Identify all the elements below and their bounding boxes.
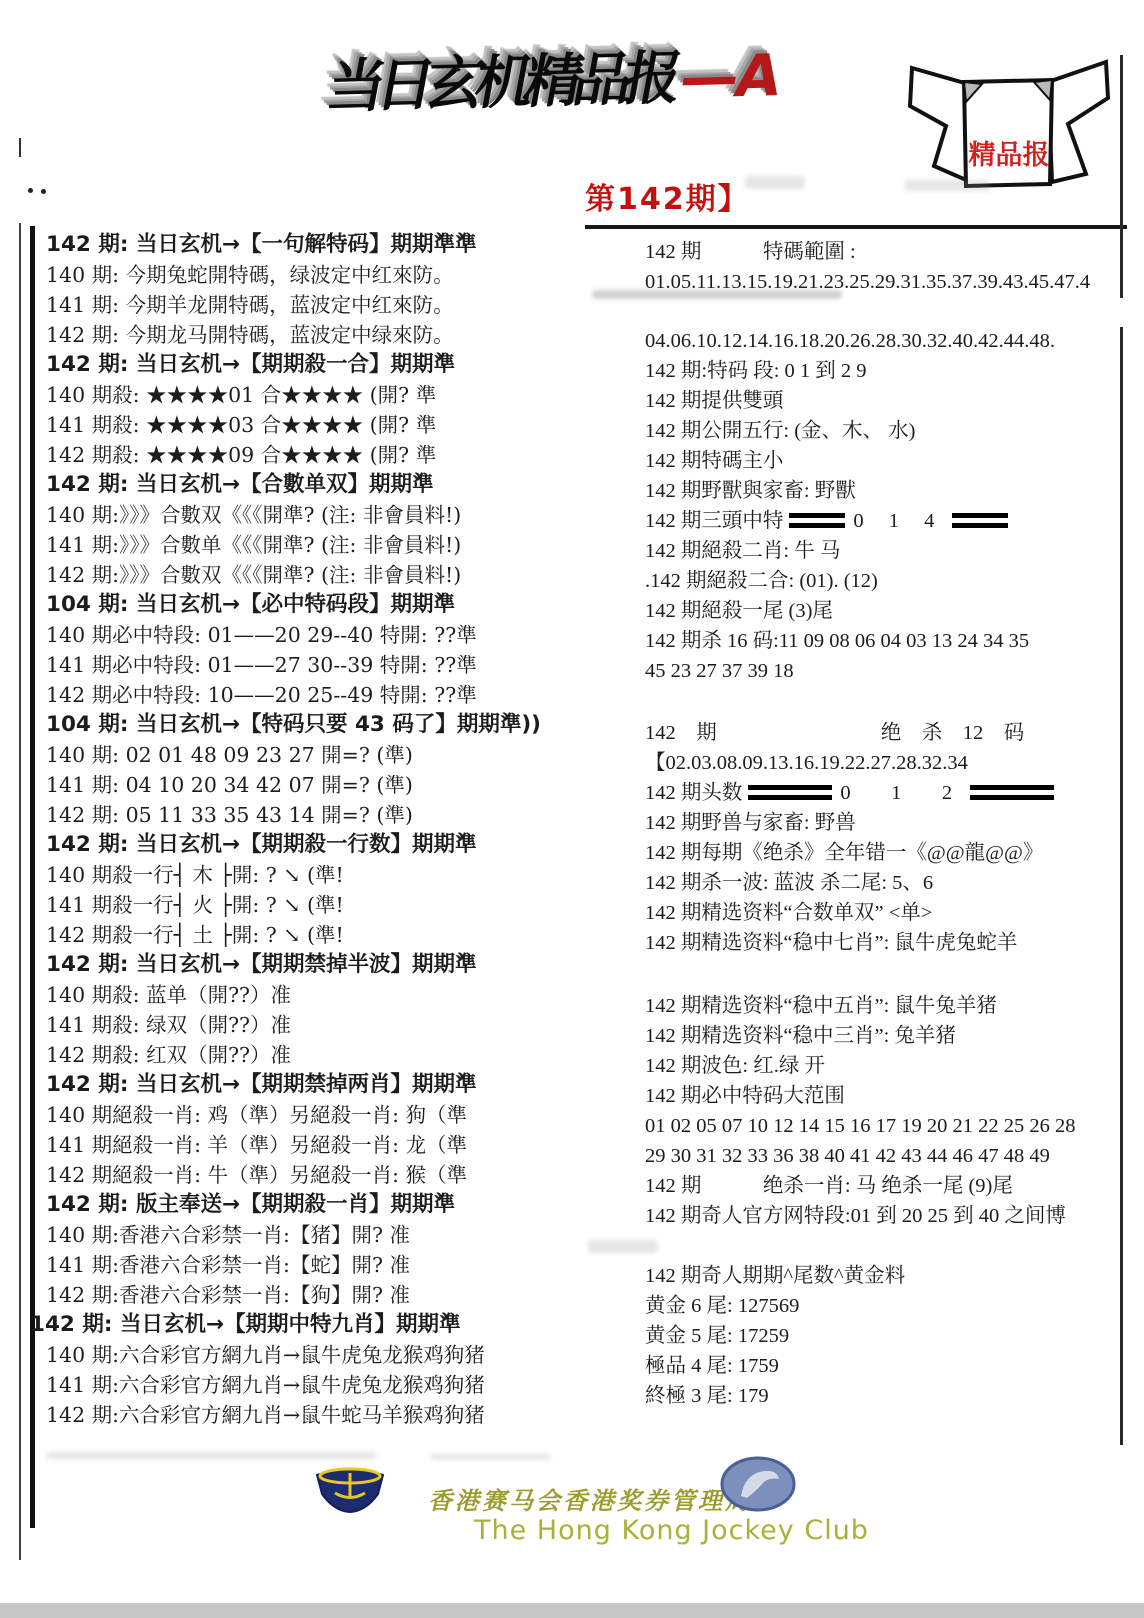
report-line: 142 期精选资料“稳中七肖”: 鼠牛虎兔蛇羊 [645, 928, 1127, 958]
ink-smudge [46, 1452, 376, 1459]
ribbon-left-wing [910, 68, 968, 180]
right-column: 142 期 特碼範圍 :01.05.11.13.15.19.21.23.25.2… [645, 237, 1127, 1411]
top-rule [585, 225, 1127, 229]
issue-label: 第142期】 [585, 174, 750, 218]
report-title-suffix: —A [674, 41, 784, 112]
report-line: 142 期殺: ★★★★09 合★★★★ (開? 準 [46, 440, 586, 470]
ink-smudge [430, 1454, 550, 1460]
report-line: 140 期:》》》合數双《《《開準? (注: 非會員料!) [46, 500, 586, 530]
report-line: 141 期殺: 绿双（開??）准 [46, 1010, 586, 1040]
report-line: 140 期必中特段: 01——20 29--40 特開: ??準 [46, 620, 586, 650]
organization-name-english: The Hong Kong Jockey Club [474, 1515, 869, 1546]
report-line: .142 期絕殺二合: (01). (12) [645, 566, 1127, 596]
report-line: 142 期头数0 1 2 [645, 778, 1127, 808]
report-line: 142 期 绝杀一肖: 马 绝杀一尾 (9)尾 [645, 1171, 1127, 1201]
report-line: 141 期殺: ★★★★03 合★★★★ (開? 準 [46, 410, 586, 440]
report-line: 142 期特碼主小 [645, 446, 1127, 476]
report-line: 142 期精选资料“稳中三肖”: 兔羊猪 [645, 1021, 1127, 1051]
report-line: 142 期: 当日玄机→【期期禁掉两肖】期期準 [46, 1070, 586, 1100]
report-line: 142 期奇人期期^尾数^黄金料 [645, 1261, 1127, 1291]
report-line: 142 期波色: 红.绿 开 [645, 1051, 1127, 1081]
report-line: 141 期:》》》合數单《《《開準? (注: 非會員料!) [46, 530, 586, 560]
double-bar-mark [952, 513, 1008, 528]
double-bar-mark [748, 785, 832, 800]
report-line: 142 期: 当日玄机→【合數单双】期期準 [46, 470, 586, 500]
report-line: 142 期 绝 杀 12 码 [645, 718, 1127, 748]
report-line: 141 期:香港六合彩禁一肖:【蛇】開? 准 [46, 1250, 586, 1280]
report-line: 黄金 5 尾: 17259 [645, 1321, 1127, 1351]
report-line: 142 期: 当日玄机→【期期殺一合】期期準 [46, 350, 586, 380]
report-line: 141 期殺一行┤ 火 ├開: ? ↘ (準! [46, 890, 586, 920]
report-line: 142 期必中特段: 10——20 25--49 特開: ??準 [46, 680, 586, 710]
report-line: 140 期殺: ★★★★01 合★★★★ (開? 準 [46, 380, 586, 410]
report-title: 当日玄机精品报—A [321, 28, 787, 124]
report-line: 142 期杀一波: 蓝波 杀二尾: 5、6 [645, 868, 1127, 898]
report-line: 142 期精选资料“稳中五肖”: 鼠牛兔羊猪 [645, 991, 1127, 1021]
left-column: 142 期: 当日玄机→【一句解特码】期期準準140 期: 今期兔蛇開特碼，绿波… [46, 230, 586, 1430]
report-line: 29 30 31 32 33 36 38 40 41 42 43 44 46 4… [645, 1141, 1127, 1171]
report-line: 【02.03.08.09.13.16.19.22.27.28.32.34 [645, 748, 1127, 778]
report-line: 極品 4 尾: 1759 [645, 1351, 1127, 1381]
report-line: 01 02 05 07 10 12 14 15 16 17 19 20 21 2… [645, 1111, 1127, 1141]
report-line: 142 期精选资料“合数单双” <单> [645, 898, 1127, 928]
report-line: 141 期: 今期羊龙開特碼，蓝波定中红來防。 [46, 290, 586, 320]
report-line: 104 期: 当日玄机→【特码只要 43 码了】期期準)) [46, 710, 586, 740]
jockey-club-bowl-logo [314, 1462, 386, 1514]
report-line: 04.06.10.12.14.16.18.20.26.28.30.32.40.4… [645, 326, 1127, 356]
report-line: 黄金 6 尾: 127569 [645, 1291, 1127, 1321]
report-line: 140 期殺: 蓝单（開??）准 [46, 980, 586, 1010]
ink-smudge [745, 176, 805, 189]
report-page: 当日玄机精品报—A 精品报 第142期】 142 期: 当日玄机→【一句解特码】… [0, 0, 1144, 1618]
horse-head-emblem-logo [720, 1456, 796, 1512]
scan-edge-strip [0, 1603, 1144, 1618]
organization-name-chinese: 香港赛马会香港奖券管理局 [428, 1481, 752, 1516]
report-line: 142 期野兽与家畜: 野兽 [645, 808, 1127, 838]
ink-smudge [588, 1240, 658, 1253]
ink-dot [41, 189, 46, 194]
double-bar-mark [789, 513, 845, 528]
report-line: 142 期野獸與家畜: 野獸 [645, 476, 1127, 506]
ink-smudge [592, 290, 842, 299]
report-line: 140 期: 今期兔蛇開特碼，绿波定中红來防。 [46, 260, 586, 290]
report-title-main: 当日玄机精品报 [322, 44, 679, 121]
report-line: 142 期殺一行┤ 土 ├開: ? ↘ (準! [46, 920, 586, 950]
ink-dot [28, 188, 33, 193]
report-line: 140 期:六合彩官方網九肖→鼠牛虎兔龙猴鸡狗猪 [46, 1340, 586, 1370]
report-line: 142 期: 当日玄机→【一句解特码】期期準準 [46, 230, 586, 260]
report-line: 140 期絕殺一肖: 鸡（準）另絕殺一肖: 狗（準 [46, 1100, 586, 1130]
report-line: 142 期:特码 段: 0 1 到 2 9 [645, 356, 1127, 386]
report-line: 141 期絕殺一肖: 羊（準）另絕殺一肖: 龙（準 [46, 1130, 586, 1160]
report-line: 142 期奇人官方网特段:01 到 20 25 到 40 之间博 [645, 1201, 1127, 1231]
left-border-thin [19, 138, 21, 157]
report-line: 45 23 27 37 39 18 [645, 656, 1127, 686]
report-line: 142 期提供雙頭 [645, 386, 1127, 416]
ribbon-right-wing [1048, 62, 1108, 182]
report-line: 142 期: 当日玄机→【期期殺一行数】期期準 [46, 830, 586, 860]
left-border-thin [19, 223, 21, 1560]
report-line: 142 期 特碼範圍 : [645, 237, 1127, 267]
double-bar-mark [970, 785, 1054, 800]
report-line: 142 期公開五行: (金、木、 水) [645, 416, 1127, 446]
report-line: 終極 3 尾: 179 [645, 1381, 1127, 1411]
report-line: 142 期三頭中特0 1 4 [645, 506, 1127, 536]
report-line: 104 期: 当日玄机→【必中特码段】期期準 [46, 590, 586, 620]
ink-smudge [905, 180, 990, 191]
report-line: 142 期:》》》合數双《《《開準? (注: 非會員料!) [46, 560, 586, 590]
report-line: 142 期: 今期龙马開特碼，蓝波定中绿來防。 [46, 320, 586, 350]
report-line: 142 期: 当日玄机→【期期中特九肖】期期準 [30, 1310, 586, 1340]
report-line: 142 期: 05 11 33 35 43 14 開=? (準) [46, 800, 586, 830]
report-line: 142 期:香港六合彩禁一肖:【狗】開? 准 [46, 1280, 586, 1310]
report-line: 142 期殺: 红双（開??）准 [46, 1040, 586, 1070]
report-line: 142 期絕殺一肖: 牛（準）另絕殺一肖: 猴（準 [46, 1160, 586, 1190]
report-line: 142 期必中特码大范围 [645, 1081, 1127, 1111]
report-line: 142 期:六合彩官方網九肖→鼠牛蛇马羊猴鸡狗猪 [46, 1400, 586, 1430]
report-line: 140 期: 02 01 48 09 23 27 開=? (準) [46, 740, 586, 770]
report-line: 142 期: 版主奉送→【期期殺一肖】期期準 [46, 1190, 586, 1220]
report-line: 140 期:香港六合彩禁一肖:【猪】開? 准 [46, 1220, 586, 1250]
report-line: 142 期絕殺一尾 (3)尾 [645, 596, 1127, 626]
report-line: 141 期: 04 10 20 34 42 07 開=? (準) [46, 770, 586, 800]
report-line: 140 期殺一行┤ 木 ├開: ? ↘ (準! [46, 860, 586, 890]
ribbon-label: 精品报 [969, 139, 1050, 171]
report-line: 142 期杀 16 码:11 09 08 06 04 03 13 24 34 3… [645, 626, 1127, 656]
report-line: 142 期: 当日玄机→【期期禁掉半波】期期準 [46, 950, 586, 980]
report-line: 142 期絕殺二肖: 牛 马 [645, 536, 1127, 566]
report-line: 141 期必中特段: 01——27 30--39 特開: ??準 [46, 650, 586, 680]
report-line: 142 期每期《绝杀》全年错一《@@龍@@》 [645, 838, 1127, 868]
report-line: 141 期:六合彩官方網九肖→鼠牛虎兔龙猴鸡狗猪 [46, 1370, 586, 1400]
